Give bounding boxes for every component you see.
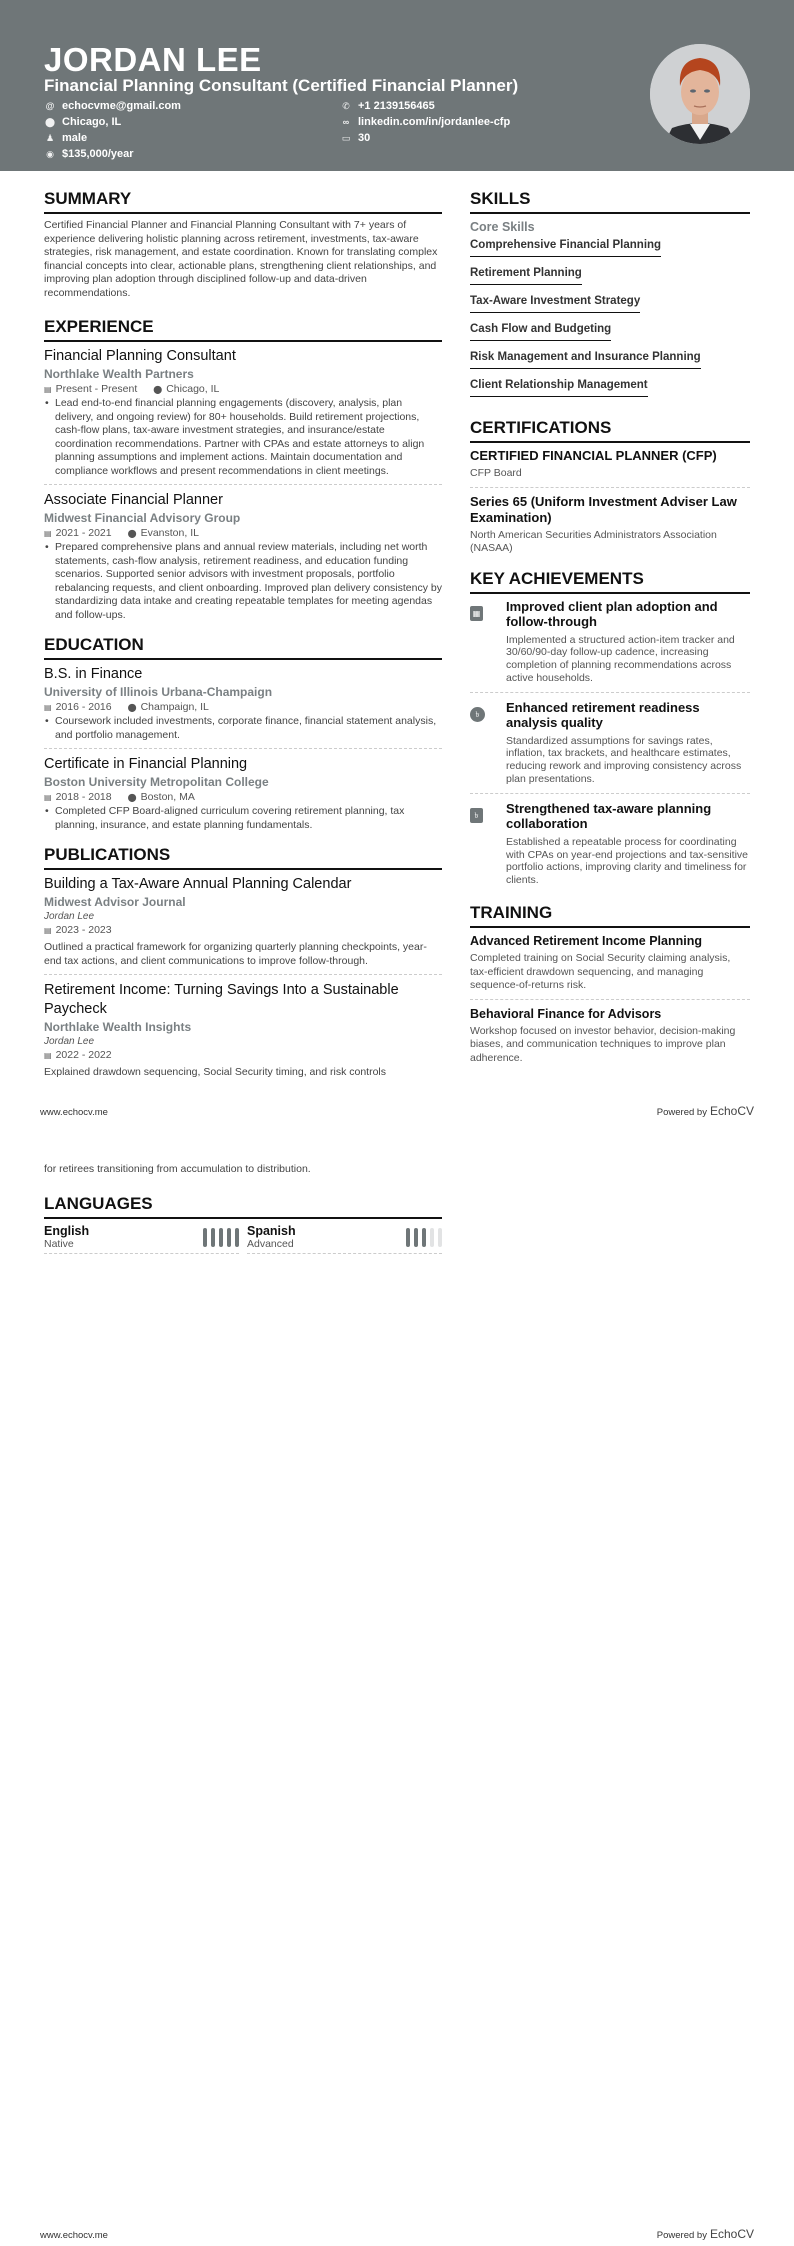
language-level: Advanced <box>247 1238 296 1251</box>
calendar-icon: ▤ <box>44 529 52 538</box>
location-pin-icon: ⬤ <box>44 114 56 130</box>
language-name: English <box>44 1224 89 1238</box>
publication-entry: Retirement Income: Turning Savings Into … <box>44 981 442 1086</box>
entry-bullet: Prepared comprehensive plans and annual … <box>44 541 442 622</box>
publication-description-continued: for retirees transitioning from accumula… <box>44 1163 442 1177</box>
candidate-title: Financial Planning Consultant (Certified… <box>44 75 518 97</box>
proficiency-bar <box>438 1228 442 1247</box>
job-title: Financial Planning Consultant <box>44 347 442 366</box>
company-name: Northlake Wealth Partners <box>44 366 442 382</box>
calendar-icon: ▤ <box>44 1051 52 1060</box>
link-icon: ∞ <box>340 114 352 130</box>
proficiency-bar <box>406 1228 410 1247</box>
languages-list: English Native Spanish Advanced <box>44 1224 442 1254</box>
contact-email[interactable]: @ echocvme@gmail.com <box>44 98 181 114</box>
section-heading: EDUCATION <box>44 634 442 660</box>
proficiency-bar <box>211 1228 215 1247</box>
contact-gender: ♟ male <box>44 130 87 146</box>
at-icon: @ <box>44 98 56 114</box>
powered-by: Powered byEchoCV <box>657 2227 754 2241</box>
languages-section: LANGUAGES English Native Spanish Advance… <box>44 1193 442 1254</box>
publication-title: Building a Tax-Aware Annual Planning Cal… <box>44 875 442 894</box>
left-column: SUMMARY Certified Financial Planner and … <box>44 188 442 1092</box>
page-footer: www.echocv.me Powered byEchoCV <box>40 1104 754 1118</box>
certification-issuer: CFP Board <box>470 467 750 481</box>
entry-bullet: Coursework included investments, corpora… <box>44 715 442 742</box>
publication-entry: Building a Tax-Aware Annual Planning Cal… <box>44 875 442 975</box>
money-icon: ◉ <box>44 146 56 162</box>
training-entry: Behavioral Finance for Advisors Workshop… <box>470 1006 750 1072</box>
proficiency-bar <box>227 1228 231 1247</box>
language-item: Spanish Advanced <box>247 1224 442 1254</box>
right-column: SKILLS Core Skills Comprehensive Financi… <box>470 188 750 1077</box>
proficiency-bar <box>203 1228 207 1247</box>
achievement-description: Standardized assumptions for savings rat… <box>506 735 750 786</box>
brand-logo[interactable]: EchoCV <box>710 2227 754 2241</box>
experience-section: EXPERIENCE Financial Planning Consultant… <box>44 316 442 628</box>
section-heading: TRAINING <box>470 902 750 928</box>
degree-title: Certificate in Financial Planning <box>44 755 442 774</box>
location-pin-icon: ⬤ <box>128 529 137 538</box>
certification-entry: CERTIFIED FINANCIAL PLANNER (CFP) CFP Bo… <box>470 448 750 488</box>
certification-entry: Series 65 (Uniform Investment Adviser La… <box>470 494 750 562</box>
section-heading: PUBLICATIONS <box>44 844 442 870</box>
proficiency-bar <box>219 1228 223 1247</box>
skill-item: Client Relationship Management <box>470 377 648 397</box>
publication-description: Outlined a practical framework for organ… <box>44 941 442 968</box>
page-footer: www.echocv.me Powered byEchoCV <box>40 2227 754 2241</box>
achievement-title: Improved client plan adoption and follow… <box>506 599 750 630</box>
entry-bullet: Completed CFP Board-aligned curriculum c… <box>44 805 442 832</box>
education-entry: B.S. in Finance University of Illinois U… <box>44 665 442 749</box>
publication-description: Explained drawdown sequencing, Social Se… <box>44 1066 442 1080</box>
contact-linkedin[interactable]: ∞ linkedin.com/in/jordanlee-cfp <box>340 114 510 130</box>
skill-item: Risk Management and Insurance Planning <box>470 349 701 369</box>
skill-item: Cash Flow and Budgeting <box>470 321 611 341</box>
achievement-entry: ▦ Improved client plan adoption and foll… <box>470 599 750 693</box>
experience-entry: Associate Financial Planner Midwest Fina… <box>44 491 442 628</box>
section-heading: SUMMARY <box>44 188 442 214</box>
certification-title: Series 65 (Uniform Investment Adviser La… <box>470 494 750 526</box>
contact-age: ▭ 30 <box>340 130 370 146</box>
proficiency-meter <box>406 1228 442 1247</box>
section-heading: EXPERIENCE <box>44 316 442 342</box>
certification-title: CERTIFIED FINANCIAL PLANNER (CFP) <box>470 448 750 464</box>
training-section: TRAINING Advanced Retirement Income Plan… <box>470 902 750 1071</box>
training-description: Workshop focused on investor behavior, d… <box>470 1025 750 1066</box>
calendar-icon: ▤ <box>44 703 52 712</box>
training-entry: Advanced Retirement Income Planning Comp… <box>470 933 750 1000</box>
proficiency-bar <box>235 1228 239 1247</box>
proficiency-bar <box>414 1228 418 1247</box>
invoice-document-icon: ৳ <box>470 808 483 823</box>
section-heading: LANGUAGES <box>44 1193 442 1219</box>
education-entry: Certificate in Financial Planning Boston… <box>44 755 442 838</box>
location-pin-icon: ⬤ <box>128 793 137 802</box>
calendar-icon: ▤ <box>44 926 52 935</box>
left-column-page-2: for retirees transitioning from accumula… <box>44 1163 442 1254</box>
calculator-icon: ▦ <box>470 606 483 621</box>
currency-coin-icon: ৳ <box>470 707 485 722</box>
summary-section: SUMMARY Certified Financial Planner and … <box>44 188 442 300</box>
summary-text: Certified Financial Planner and Financia… <box>44 219 442 300</box>
entry-meta: ▤2016 - 2016 ⬤Champaign, IL <box>44 700 442 715</box>
entry-meta: ▤2021 - 2021 ⬤Evanston, IL <box>44 526 442 541</box>
publication-author: Jordan Lee <box>44 1035 442 1048</box>
achievement-description: Implemented a structured action-item tra… <box>506 634 750 685</box>
skills-group-label: Core Skills <box>470 219 750 235</box>
school-name: Boston University Metropolitan College <box>44 774 442 790</box>
education-section: EDUCATION B.S. in Finance University of … <box>44 634 442 838</box>
experience-entry: Financial Planning Consultant Northlake … <box>44 347 442 485</box>
entry-meta: ▤Present - Present ⬤Chicago, IL <box>44 382 442 397</box>
certifications-section: CERTIFICATIONS CERTIFIED FINANCIAL PLANN… <box>470 417 750 562</box>
proficiency-bar <box>430 1228 434 1247</box>
achievement-entry: ৳ Strengthened tax-aware planning collab… <box>470 801 750 894</box>
publisher-name: Northlake Wealth Insights <box>44 1019 442 1035</box>
phone-icon: ✆ <box>340 98 352 114</box>
contact-salary: ◉ $135,000/year <box>44 146 134 162</box>
contact-location: ⬤ Chicago, IL <box>44 114 121 130</box>
training-description: Completed training on Social Security cl… <box>470 952 750 993</box>
brand-logo[interactable]: EchoCV <box>710 1104 754 1118</box>
website-link[interactable]: www.echocv.me <box>40 1107 108 1118</box>
calendar-icon: ▤ <box>44 385 52 394</box>
contact-phone[interactable]: ✆ +1 2139156465 <box>340 98 435 114</box>
skill-item: Comprehensive Financial Planning <box>470 237 661 257</box>
publication-title: Retirement Income: Turning Savings Into … <box>44 981 442 1019</box>
entry-meta: ▤2023 - 2023 <box>44 923 442 938</box>
section-heading: SKILLS <box>470 188 750 214</box>
entry-bullet: Lead end-to-end financial planning engag… <box>44 397 442 478</box>
proficiency-bar <box>422 1228 426 1247</box>
person-icon: ♟ <box>44 130 56 146</box>
certification-issuer: North American Securities Administrators… <box>470 529 750 556</box>
profile-photo <box>650 44 750 144</box>
language-level: Native <box>44 1238 89 1251</box>
language-item: English Native <box>44 1224 239 1254</box>
company-name: Midwest Financial Advisory Group <box>44 510 442 526</box>
candidate-name: JORDAN LEE <box>44 42 262 78</box>
calendar-icon: ▭ <box>340 130 352 146</box>
job-title: Associate Financial Planner <box>44 491 442 510</box>
publisher-name: Midwest Advisor Journal <box>44 894 442 910</box>
location-pin-icon: ⬤ <box>153 385 162 394</box>
website-link[interactable]: www.echocv.me <box>40 2230 108 2241</box>
entry-meta: ▤2018 - 2018 ⬤Boston, MA <box>44 790 442 805</box>
achievement-description: Established a repeatable process for coo… <box>506 836 750 887</box>
language-name: Spanish <box>247 1224 296 1238</box>
resume-header: JORDAN LEE Financial Planning Consultant… <box>0 0 794 171</box>
achievements-section: KEY ACHIEVEMENTS ▦ Improved client plan … <box>470 568 750 895</box>
achievement-entry: ৳ Enhanced retirement readiness analysis… <box>470 700 750 794</box>
publications-section: PUBLICATIONS Building a Tax-Aware Annual… <box>44 844 442 1086</box>
skills-section: SKILLS Core Skills Comprehensive Financi… <box>470 188 750 403</box>
location-pin-icon: ⬤ <box>128 703 137 712</box>
publication-author: Jordan Lee <box>44 910 442 923</box>
achievement-title: Enhanced retirement readiness analysis q… <box>506 700 750 731</box>
powered-by: Powered byEchoCV <box>657 1104 754 1118</box>
entry-meta: ▤2022 - 2022 <box>44 1048 442 1063</box>
training-title: Advanced Retirement Income Planning <box>470 933 750 949</box>
degree-title: B.S. in Finance <box>44 665 442 684</box>
section-heading: CERTIFICATIONS <box>470 417 750 443</box>
skill-item: Retirement Planning <box>470 265 582 285</box>
skill-item: Tax-Aware Investment Strategy <box>470 293 640 313</box>
calendar-icon: ▤ <box>44 793 52 802</box>
skills-list: Comprehensive Financial Planning Retirem… <box>470 235 750 403</box>
school-name: University of Illinois Urbana-Champaign <box>44 684 442 700</box>
proficiency-meter <box>203 1228 239 1247</box>
achievement-title: Strengthened tax-aware planning collabor… <box>506 801 750 832</box>
section-heading: KEY ACHIEVEMENTS <box>470 568 750 594</box>
training-title: Behavioral Finance for Advisors <box>470 1006 750 1022</box>
